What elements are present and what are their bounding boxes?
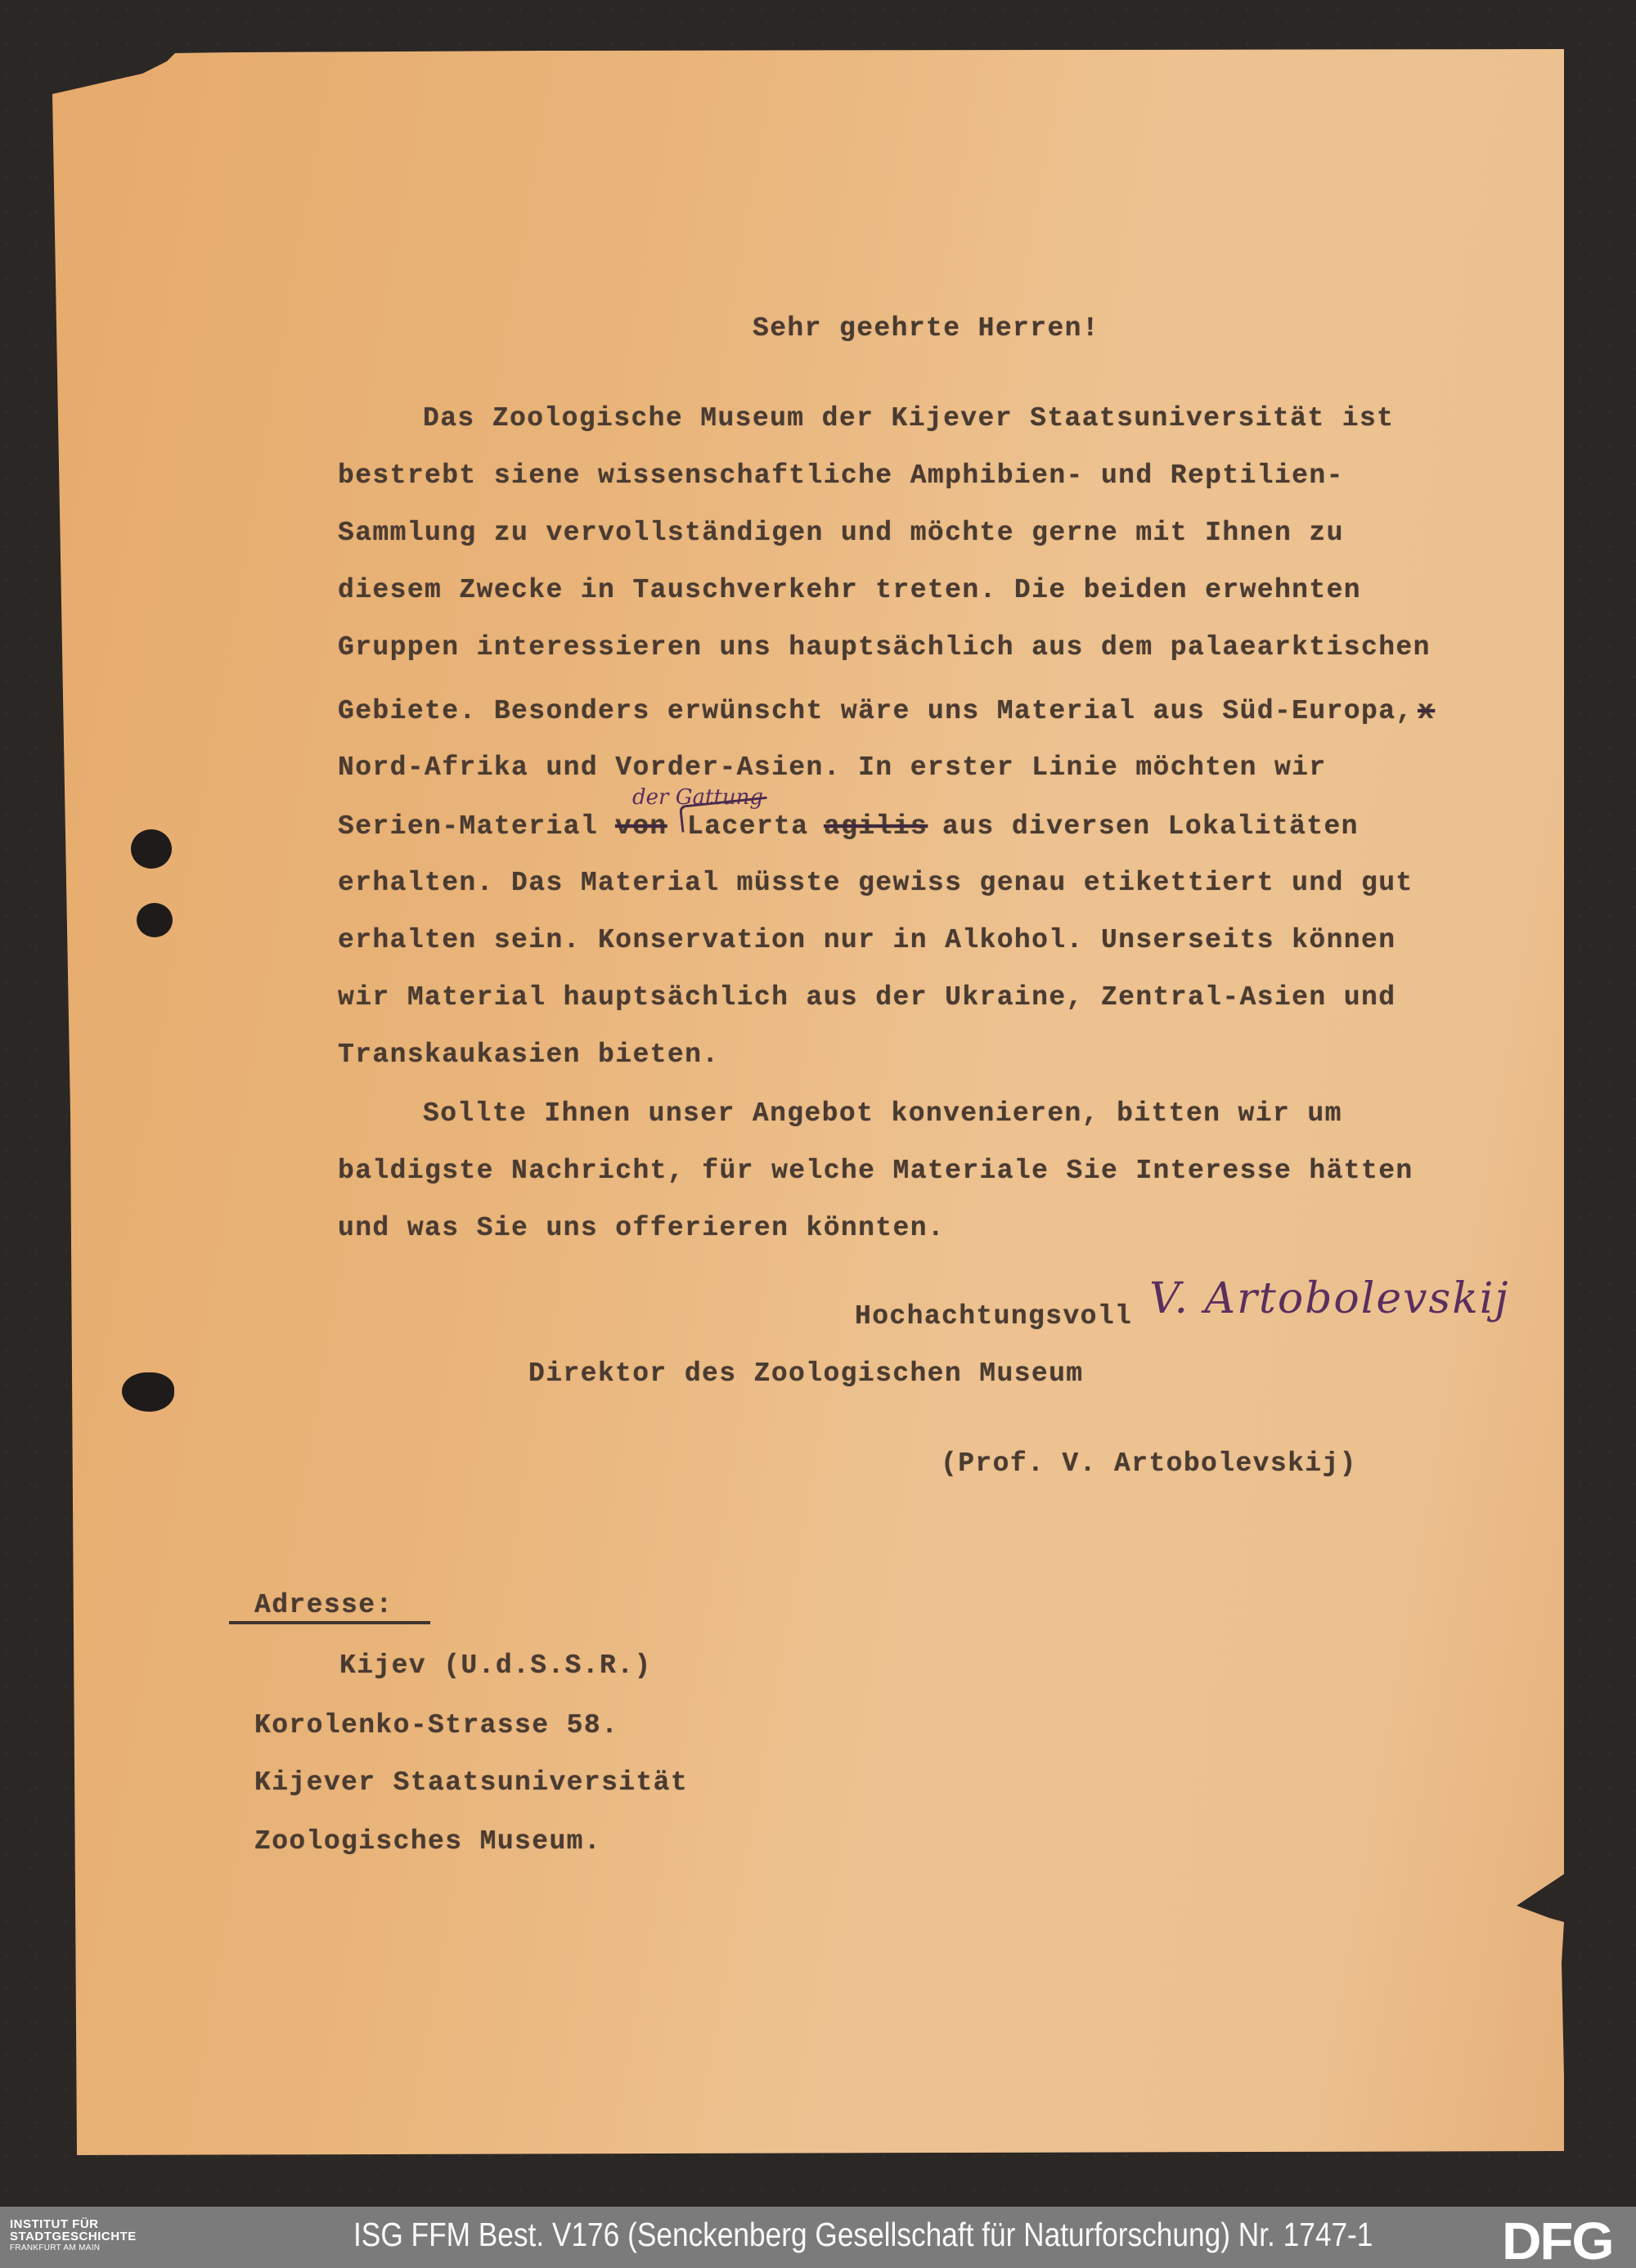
address-line: Zoologisches Museum. [254,1828,601,1855]
archive-footer: INSTITUT FÜR STADTGESCHICHTE FRANKFURT A… [0,2207,1636,2268]
punch-hole [122,1372,174,1412]
body-line: Das Zoologische Museum der Kijever Staat… [423,405,1394,432]
body-line: Nord-Afrika und Vorder-Asien. In erster … [338,754,1327,781]
body-line: Gebiete. Besonders erwünscht wäre uns Ma… [338,698,1414,725]
punch-hole [131,829,172,869]
struck-character: x [1418,698,1435,725]
body-line: erhalten sein. Konservation nur in Alkoh… [338,927,1396,954]
body-line: bestrebt siene wissenschaftliche Amphibi… [338,462,1344,489]
signer-title: Direktor des Zoologischen Museum [528,1360,1084,1387]
address-underline [229,1621,430,1624]
address-line: Kijever Staatsuniversität [254,1769,688,1796]
body-line: erhalten. Das Material müsste gewiss gen… [338,869,1414,896]
institute-name-line1: INSTITUT FÜR [10,2218,137,2230]
signature: V. Artobolevskij [1149,1278,1509,1320]
species-genus: Lacerta [687,813,808,840]
body-line: diesem Zwecke in Tauschverkehr treten. D… [338,577,1361,604]
body-line: aus diversen Lokalitäten [942,813,1359,840]
address-line: Kijev (U.d.S.S.R.) [339,1652,652,1679]
body-line: Serien-Material [338,813,598,840]
institute-name-line2: STADTGESCHICHTE [10,2230,137,2243]
dfg-logo: DFG [1502,2215,1613,2267]
institute-location: FRANKFURT AM MAIN [10,2244,137,2252]
body-line: Sammlung zu vervollständigen und möchte … [338,519,1344,546]
body-line: wir Material hauptsächlich aus der Ukrai… [338,984,1396,1011]
struck-word: von [615,813,667,840]
struck-word: agilis [824,813,928,840]
body-line: und was Sie uns offerieren könnten. [338,1215,945,1242]
salutation: Sehr geehrte Herren! [753,315,1099,342]
body-line: Gruppen interessieren uns hauptsächlich … [338,634,1431,661]
institute-logo: INSTITUT FÜR STADTGESCHICHTE FRANKFURT A… [10,2218,137,2252]
punch-hole [137,903,173,937]
address-line: Korolenko-Strasse 58. [254,1712,618,1739]
closing: Hochachtungsvoll [855,1303,1132,1330]
signer-name: (Prof. V. Artobolevskij) [941,1450,1357,1477]
body-line: Sollte Ihnen unser Angebot konvenieren, … [423,1100,1342,1127]
body-line: Transkaukasien bieten. [338,1041,719,1068]
body-line: baldigste Nachricht, für welche Material… [338,1157,1414,1184]
archive-caption: ISG FFM Best. V176 (Senckenberg Gesellsc… [353,2218,1373,2252]
address-label: Adresse: [254,1592,393,1619]
